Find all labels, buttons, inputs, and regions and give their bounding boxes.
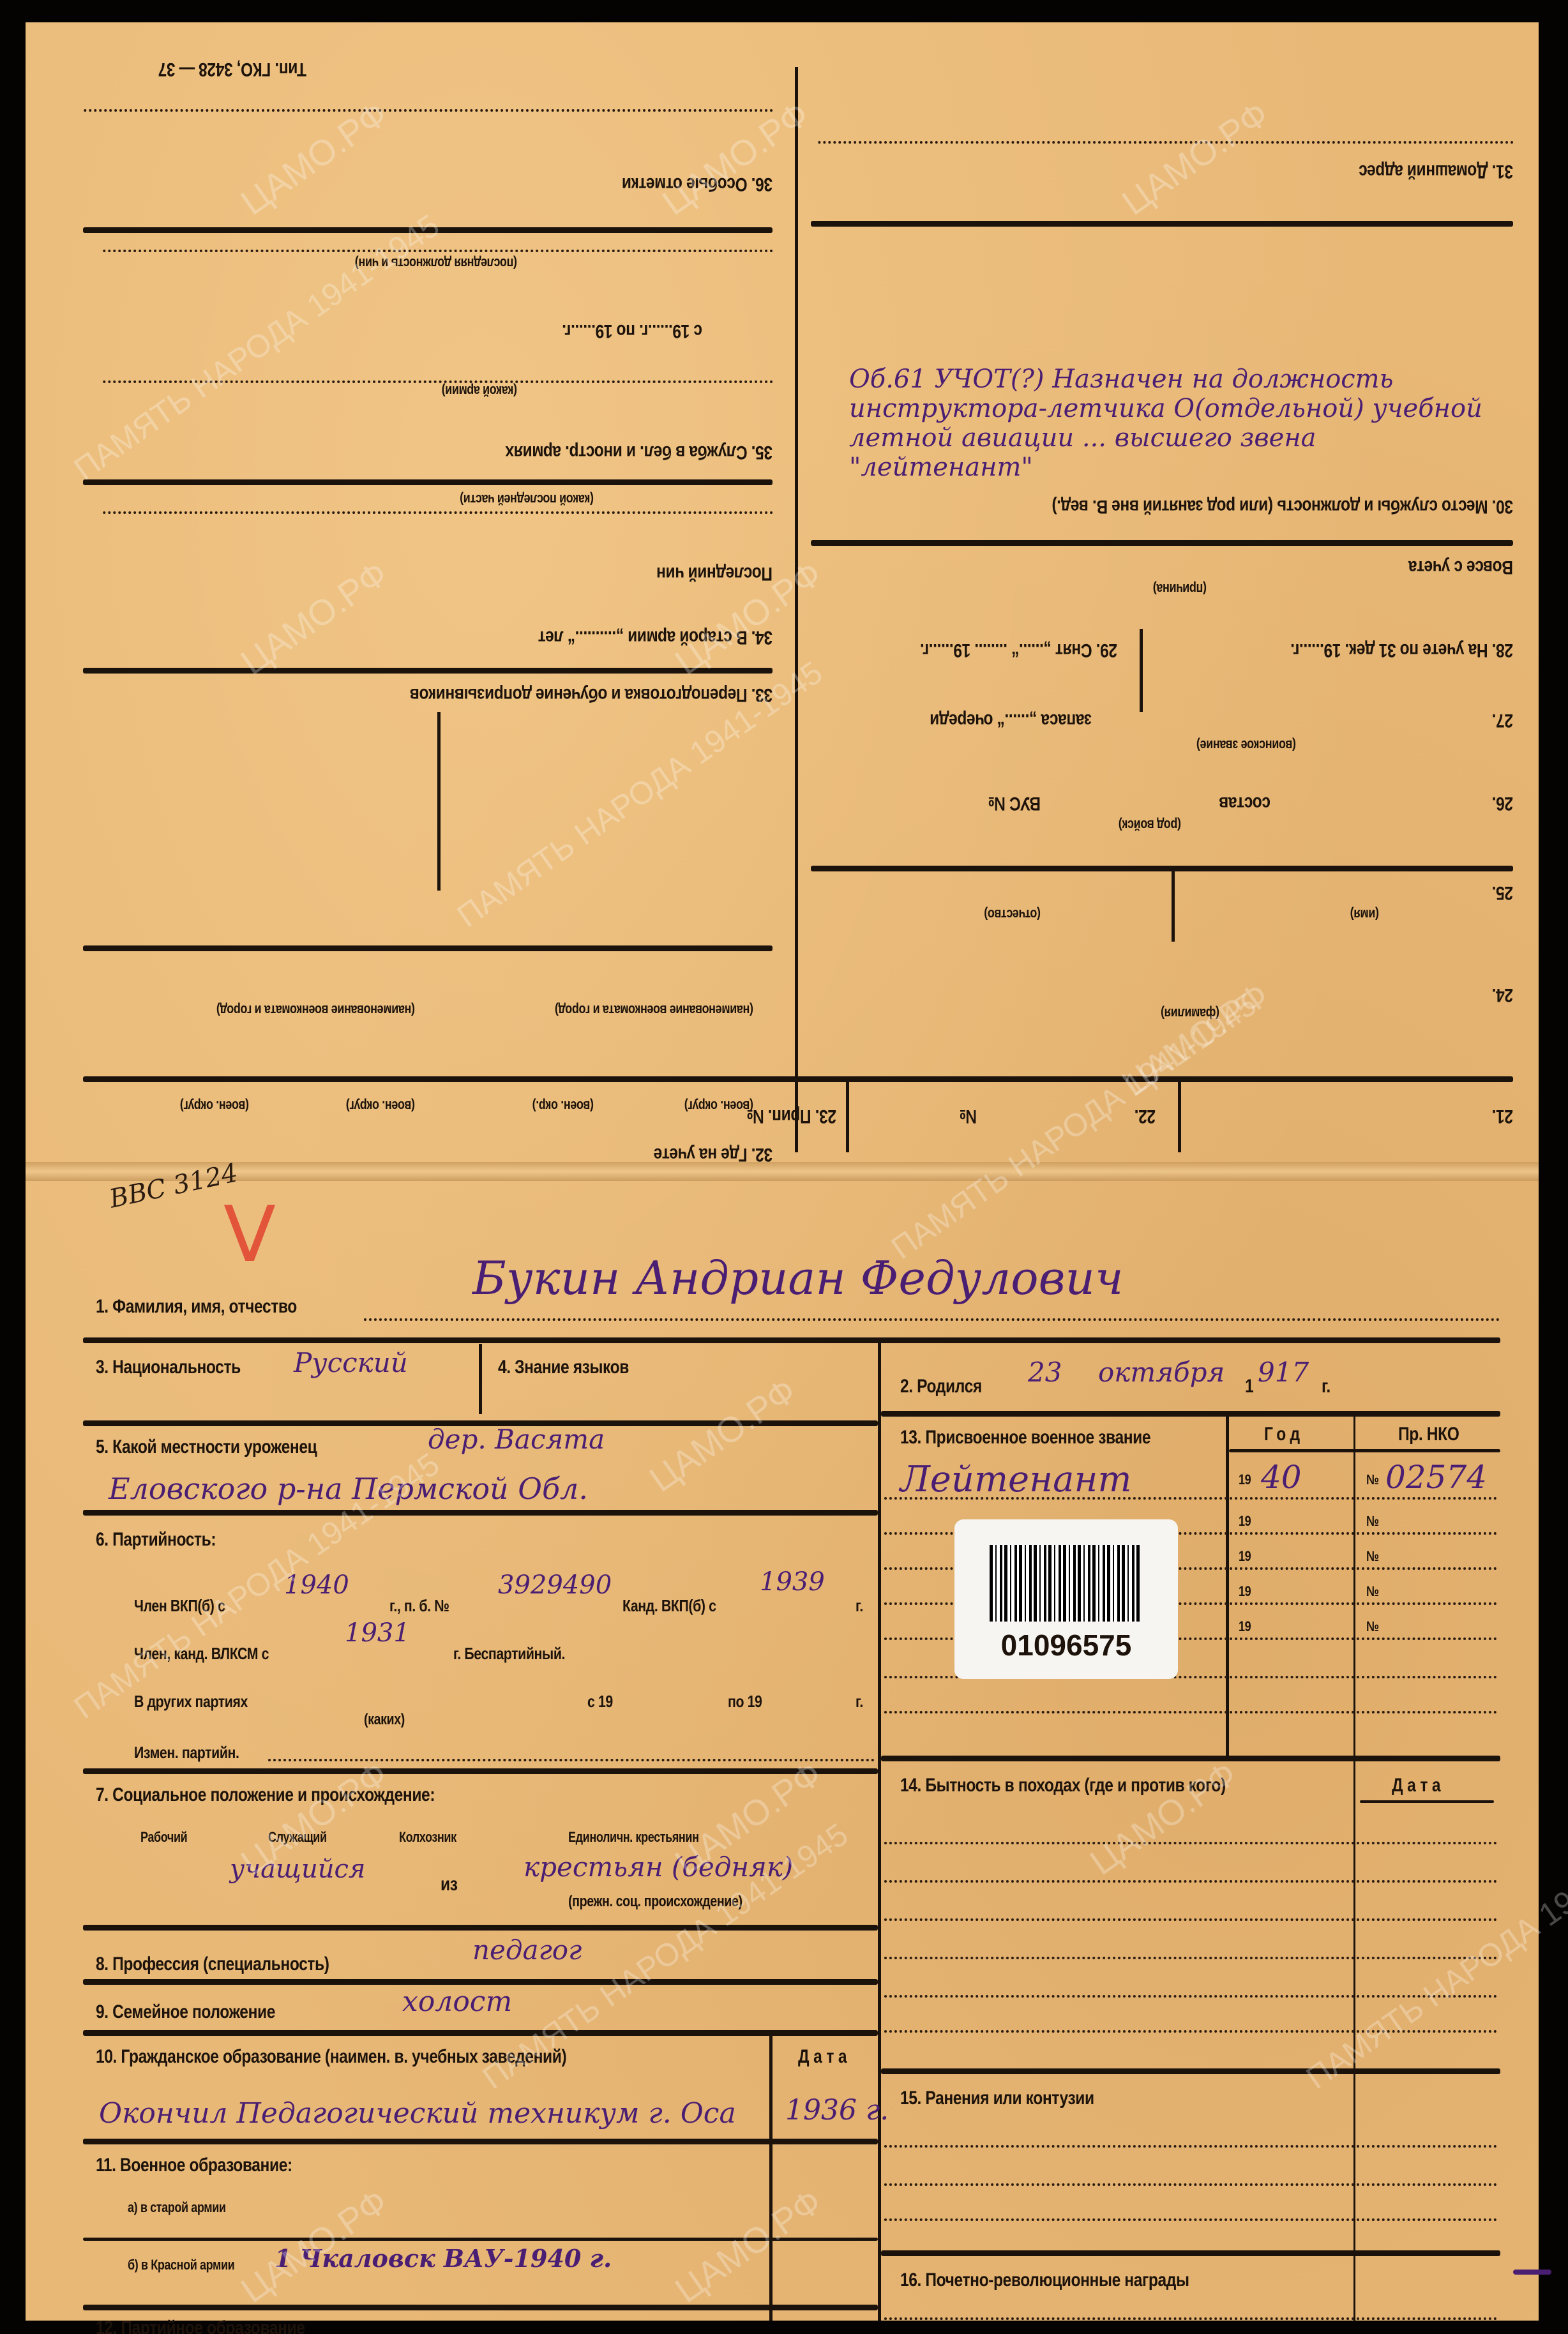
f36-line [83,109,773,112]
f6-change-line [268,1759,875,1761]
f34-unit-line [102,511,773,514]
f15-label: 15. Ранения или контузии [900,2088,1094,2109]
divider [83,1510,878,1516]
divider [83,2238,878,2241]
f25-patronymic-hint: (отчество) [984,906,1041,922]
f14-row-line [884,1918,1497,1921]
f2-day: 23 [1028,1357,1062,1388]
f22-divider [846,1082,849,1152]
divider [881,1411,1500,1417]
f35-army-hint: (какой армии) [442,382,517,399]
f2-month: октября [1098,1357,1225,1388]
divider [811,540,1513,546]
divider [83,1979,878,1985]
f11-b-label: б) в Красной армии [128,2257,234,2273]
f6-vkp-year: 1940 [284,1570,349,1600]
removed-hint: (причина) [1153,580,1207,597]
f6-other-to: по 19 [728,1692,762,1712]
divider [83,1076,1513,1082]
f6-cand-year: 1939 [760,1567,825,1597]
f13-year-prefix-2: 19 [1239,1513,1251,1530]
divider [1229,1449,1500,1452]
f10-date-divider [769,2030,773,2321]
divider [83,479,773,485]
f13-order-prefix-1: № [1366,1472,1379,1488]
barcode-icon [990,1545,1140,1622]
f13-rank-1: Лейтенант [900,1459,1131,1500]
f25-label: 25. [1492,882,1513,903]
f1-line [364,1318,1500,1321]
divider [1360,1800,1494,1803]
f3-f4-divider [479,1344,482,1414]
f6-change-label: Измен. партийн. [134,1743,239,1763]
f25-divider [1172,871,1175,942]
f3-label: 3. Национальность [96,1357,241,1378]
red-check-mark: V [223,1191,276,1279]
f11-label: 11. Военное образование: [96,2155,292,2176]
f32-okrug-hint-4: (воен. округ) [180,1097,249,1114]
divider [83,1768,878,1774]
f6-other-g: г. [856,1692,863,1712]
f36-label: 36. Особые отметки [622,173,773,195]
f13-year-prefix-3: 19 [1239,1548,1251,1565]
f30-label: 30. Место службы и должность (или род за… [1052,495,1513,517]
f7-origin-hint: (прежн. соц. происхождение) [568,1893,743,1911]
f8-label: 8. Профессия (специальность) [96,1954,329,1975]
f10-date-header: Дата [798,2046,851,2068]
f24-hint: (фамилия) [1161,1005,1219,1021]
f7-option-worker: Рабочий [140,1829,187,1846]
f6-label: 6. Партийность: [96,1529,216,1551]
divider [83,2305,878,2310]
f13-order-divider [1353,1411,1355,1756]
f7-value: учащийся [230,1855,365,1884]
f13-col-order: Пр. НКО [1398,1424,1459,1445]
f35-army-line [102,380,773,383]
f2-label: 2. Родился [900,1376,982,1397]
f9-value: холост [402,1985,512,2018]
f27-reserve: запаса „......“ очереди [930,709,1092,731]
divider [83,1925,878,1931]
f28-label: 28. На учете по 31 дек. 19......г. [1291,639,1513,661]
f2-suffix: г. [1322,1376,1331,1397]
f21-divider [1178,1082,1181,1152]
f22-label: 22. [1135,1105,1156,1127]
divider [83,668,773,674]
front-side: ВВС 3124 V 1. Фамилия, имя, отчество Бук… [26,1171,1539,2321]
f26-label: 26. [1492,792,1513,814]
divider [881,1756,1500,1761]
f26-branch-hint: (род войск) [1119,817,1181,833]
f16-row-line [884,2317,1497,2320]
f13-order-prefix-4: № [1366,1583,1379,1600]
f2-year-prefix: 1 [1245,1376,1253,1397]
f13-year-prefix-4: 19 [1239,1583,1251,1600]
f28-divider [1140,629,1143,712]
f2-year: 917 [1258,1357,1309,1388]
f6-cand-g: г. [856,1596,863,1616]
f6-cand-label: Канд. ВКП(б) с [622,1596,716,1616]
divider [83,227,773,233]
f1-label: 1. Фамилия, имя, отчество [96,1296,297,1318]
f13-order-prefix-3: № [1366,1548,1379,1565]
f4-label: 4. Знание языков [498,1357,629,1378]
f13-year-1: 40 [1261,1459,1302,1496]
f35-label: 35. Служба в бел. и иностр. армиях [506,441,773,463]
f13-order-prefix-2: № [1366,1513,1379,1530]
f10-date: 1936 г. [785,2094,889,2127]
f7-from-label: из [441,1874,458,1895]
divider [83,1337,1500,1343]
f14-row-line [884,1842,1497,1844]
f15-row-line [884,2218,1497,2221]
f6-vkp-label: Член ВКП(б) с [134,1596,225,1616]
f14-label: 14. Бытность в походах (где и против ког… [900,1775,1226,1796]
f7-option-peasant: Единоличн. крестьянин [568,1829,699,1846]
f13-year-prefix-1: 19 [1239,1472,1251,1488]
f6-other-label: В других партиях [134,1692,248,1712]
f7-label: 7. Социальное положение и происхождение: [96,1784,435,1806]
f32-okrug-hint-3: (воен. округ) [346,1097,415,1114]
f1-value: Букин Андриан Федулович [472,1251,1124,1305]
f22-no: № [960,1105,977,1127]
f27-rank-hint: (воинское звание) [1196,737,1296,753]
divider [881,2068,1500,2074]
f10-label: 10. Гражданское образование (наимен. в. … [96,2046,566,2068]
f25-name-hint: (имя) [1350,906,1379,922]
f5-line1: дер. Васята [428,1424,605,1455]
f31-line [817,141,1513,144]
f13-order-prefix-5: № [1366,1618,1379,1635]
f29-label: 29. Снят „......“ ........ 19......г. [920,639,1117,661]
f30-value: Об.61 УЧОТ(?) Назначен на должность инст… [849,365,1488,482]
f6-other-hint: (каких) [364,1711,405,1729]
center-divider [795,67,798,1152]
divider [83,945,773,951]
f7-option-employee: Служащий [268,1829,327,1846]
registration-card: Тип. ГКО, 3428 — 37 36. Особые отметки (… [26,22,1539,2321]
f13-label: 13. Присвоенное военное звание [900,1427,1150,1449]
f6-vlksm-label: Член, канд. ВЛКСМ с [134,1644,269,1664]
f34-label: 34. В старой армии „..........“ лет [538,626,773,648]
f32-okrug-hint-1: (воен. округ) [684,1097,753,1114]
f27-label: 27. [1492,709,1513,731]
f3-value: Русский [294,1347,408,1378]
f6-other-from: с 19 [587,1692,613,1712]
f15-row-line [884,2145,1497,2148]
divider [881,2250,1500,2256]
f33-divider [437,712,441,891]
f11-a-label: а) в старой армии [128,2199,226,2216]
divider [811,866,1513,871]
f14-row-line [884,1957,1497,1959]
f34-unit-hint: (какой последней части) [460,491,594,508]
f7-origin: крестьян (бедняк) [524,1851,793,1883]
f16-label: 16. Почетно-революционные награды [900,2270,1189,2291]
barcode-sticker: 01096575 [954,1519,1178,1679]
f6-vlksm-g: г. Беспартийный. [453,1644,565,1664]
f13-year-prefix-5: 19 [1239,1618,1251,1635]
removed-label: Вовсе с учета [1408,556,1513,578]
f21-label: 21. [1492,1105,1513,1127]
f14-row-line [884,1880,1497,1883]
f9-label: 9. Семейное положение [96,2001,275,2023]
f6-vkp-g: г., п. б. № [389,1596,449,1616]
f11-b-value: 1 Чкаловск ВАУ-1940 г. [275,2244,612,2273]
f12-label: 12. Партийное образование [96,2317,305,2334]
f6-vlksm-year: 1931 [345,1618,410,1648]
f26-sostav: состав [1219,792,1270,814]
back-side-inverted: Тип. ГКО, 3428 — 37 36. Особые отметки (… [26,22,1539,1171]
f13-year-divider [1226,1411,1229,1756]
f24-label: 24. [1492,984,1513,1005]
f5-line2: Еловского р-на Пермской Обл. [109,1472,588,1506]
pen-mark [1513,2270,1551,2275]
f13-row-line [884,1497,1497,1500]
column-divider [878,1337,881,2321]
f8-value: педагог [472,1934,582,1966]
f23-label: 23. Прип. № [747,1105,836,1127]
f32-okrug-hint-2: (воен. окр.) [532,1097,594,1114]
f35-post-line [102,250,773,252]
f7-option-kolkhoznik: Колхозник [399,1829,456,1846]
f15-row-line [884,2183,1497,2186]
f32-voenkomat-hint-2: (наименование военкомата и город) [216,1002,415,1018]
divider [83,2139,878,2144]
f13-order-1: 02574 [1385,1459,1487,1496]
f14-row-line [884,2030,1497,2033]
f35-post-hint: (последняя должность и чин) [355,255,517,271]
f31-label: 31. Домашний адрес [1359,160,1513,182]
divider [811,221,1513,227]
f35-period: с 19......г. по 19......г. [562,320,702,342]
f13-col-year: Год [1264,1424,1304,1445]
f5-label: 5. Какой местности уроженец [96,1436,317,1458]
f10-value: Окончил Педагогический техникум г. Оса [99,2097,736,2130]
divider [83,2030,878,2036]
f14-date-header: Дата [1392,1775,1445,1796]
print-mark: Тип. ГКО, 3428 — 37 [158,58,306,80]
barcode-number: 01096575 [954,1628,1178,1662]
f32-voenkomat-hint-1: (наименование военкомата и город) [555,1002,753,1018]
f6-party-card: 3929490 [498,1570,612,1600]
f33-label: 33. Переподготовка и обучение допризывни… [410,684,773,705]
f26-vus: ВУС № [988,792,1041,814]
f14-row-line [884,1995,1497,1998]
f34-last-rank: Последний чин [656,562,773,584]
f13-row-line [884,1711,1497,1713]
